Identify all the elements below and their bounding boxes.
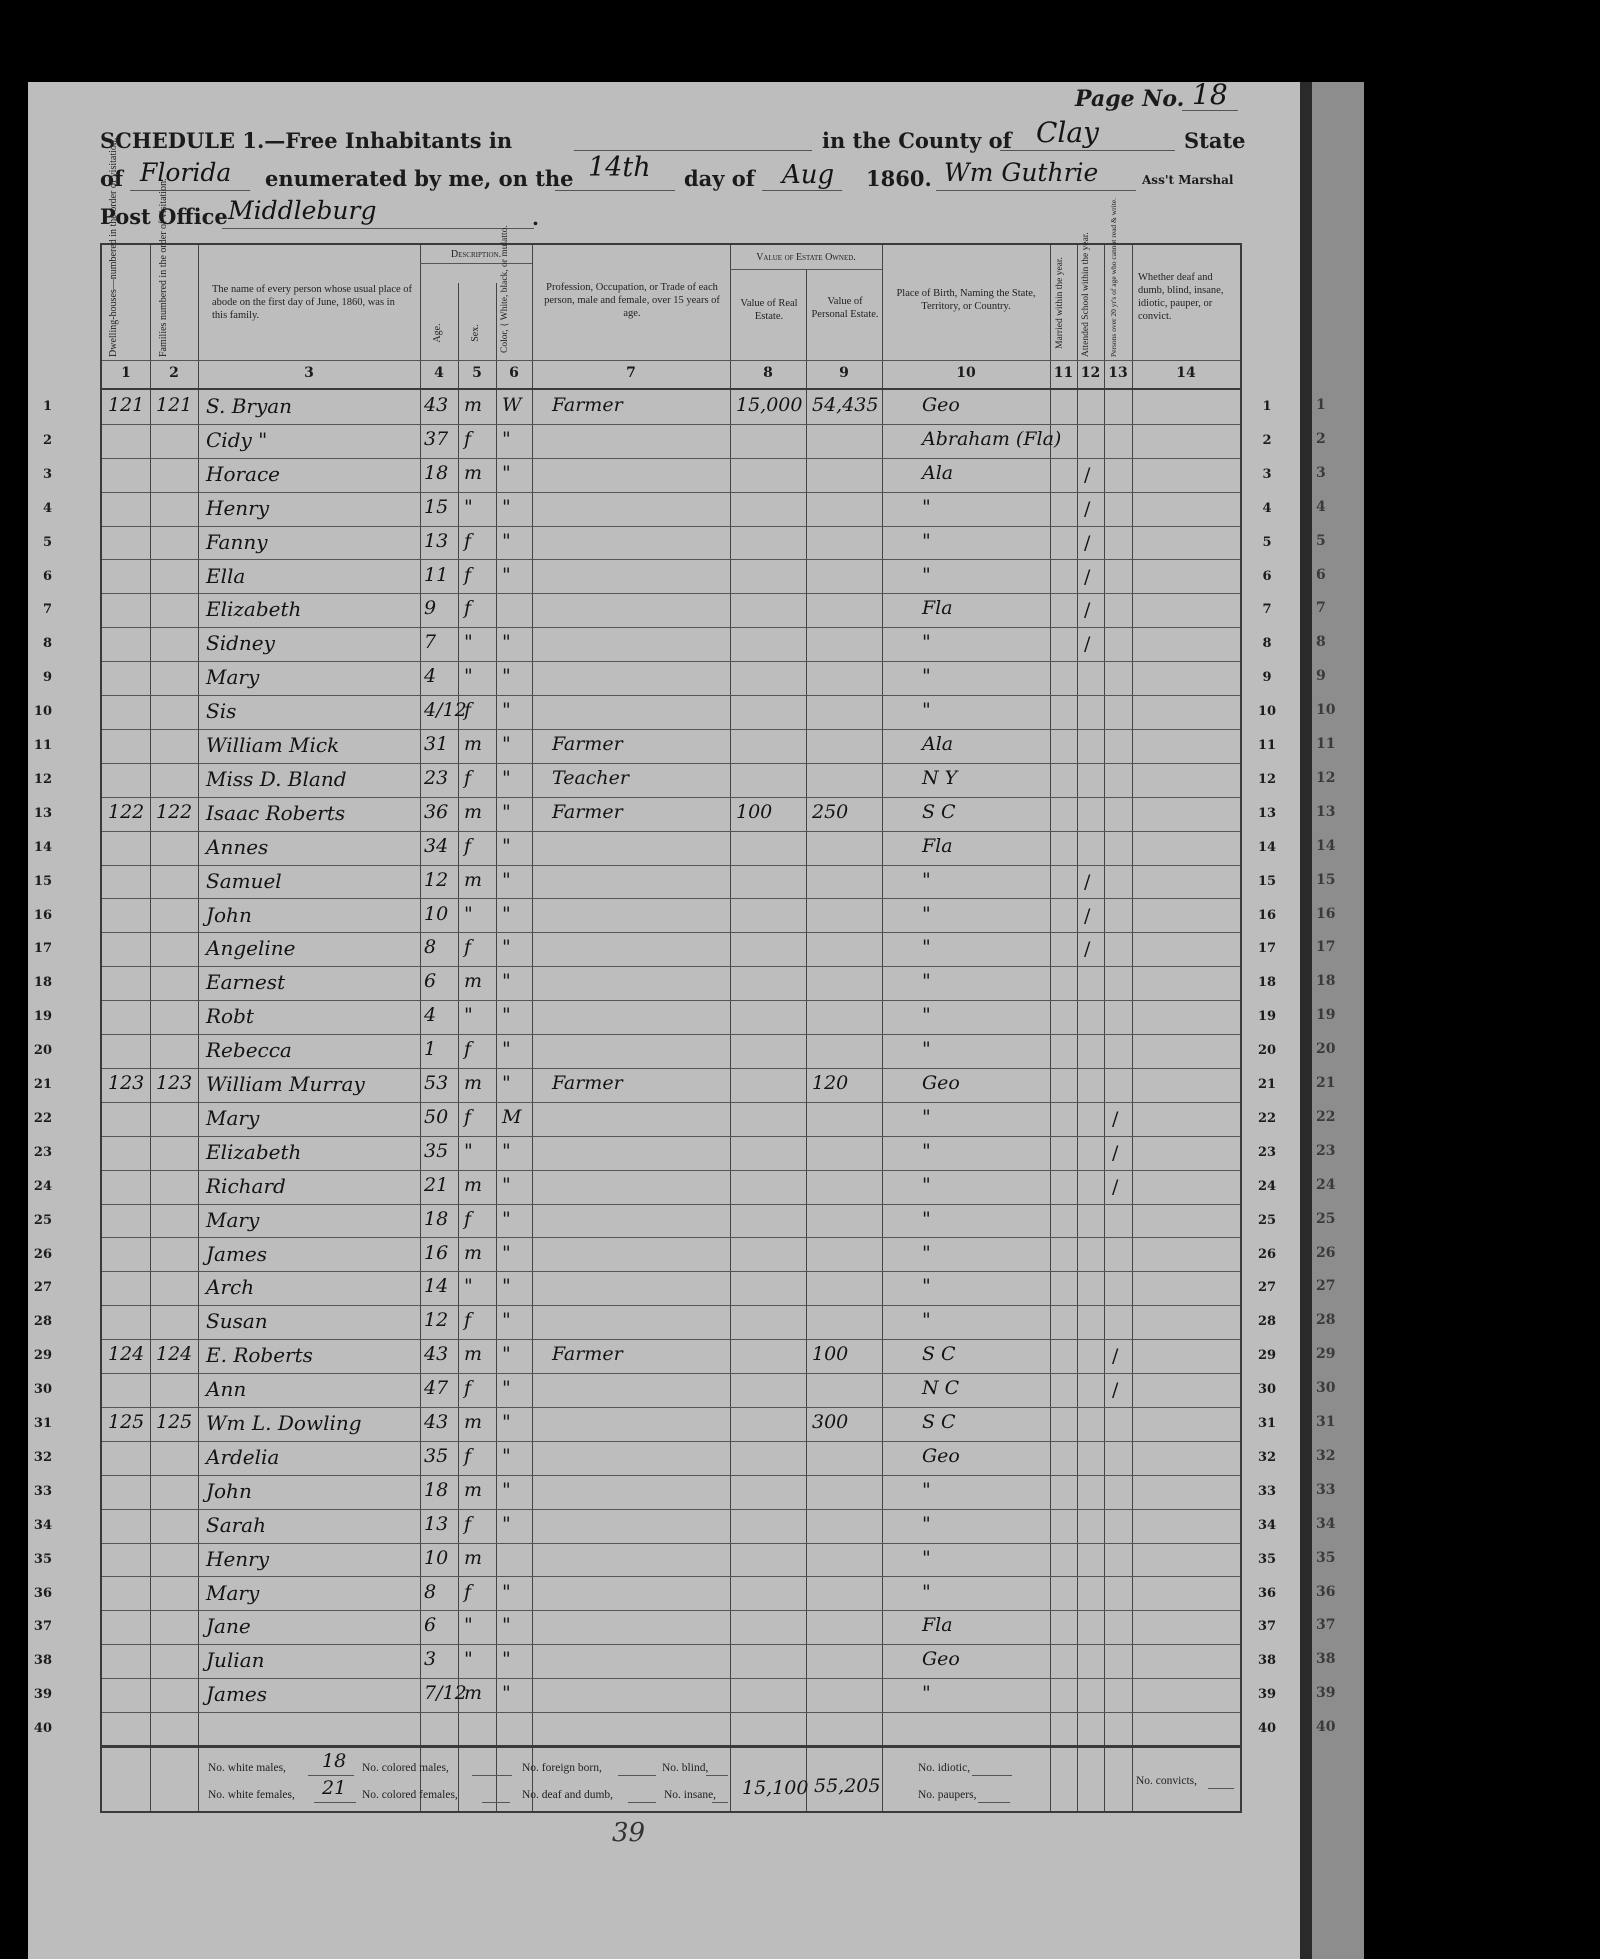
col-number: 7 [532, 365, 730, 381]
paupers-label: No. paupers, [918, 1789, 976, 1801]
age: 8 [424, 936, 436, 958]
line-number: 22 [12, 1111, 52, 1126]
color: " [502, 1411, 511, 1433]
adjacent-line-number: 7 [1316, 600, 1326, 616]
occupation: Farmer [552, 1343, 623, 1365]
age: 37 [424, 428, 448, 450]
color: " [502, 428, 511, 450]
sex: f [464, 1513, 471, 1535]
age: 4/12 [424, 699, 467, 721]
white-females-value: 21 [322, 1777, 346, 1799]
sex: " [464, 496, 473, 518]
line-number: 5 [12, 535, 52, 550]
attended-school: / [1084, 498, 1090, 520]
sex: f [464, 936, 471, 958]
person-name: Angeline [206, 936, 295, 960]
adjacent-line-number: 28 [1316, 1312, 1335, 1328]
color: " [502, 733, 511, 755]
birthplace: Geo [922, 1072, 960, 1094]
person-name: Arch [206, 1275, 254, 1299]
line-number: 16 [12, 908, 52, 923]
line-number: 26 [12, 1247, 52, 1262]
line-number: 33 [12, 1484, 52, 1499]
sex: " [464, 1140, 473, 1162]
header-divider [102, 360, 1240, 361]
col-2-header: Families numbered in the order of visita… [158, 247, 169, 357]
birthplace: " [922, 665, 931, 687]
table-row: 77Elizabeth9fFla/ [102, 593, 1240, 627]
sex: " [464, 1275, 473, 1297]
sex: f [464, 1377, 471, 1399]
line-number-right: 4 [1247, 501, 1287, 516]
color: " [502, 665, 511, 687]
col-10-header: Place of Birth, Naming the State, Territ… [890, 287, 1042, 313]
sex: m [464, 869, 482, 891]
sex: m [464, 1411, 482, 1433]
line-number-right: 11 [1247, 738, 1287, 753]
person-name: Annes [206, 835, 268, 859]
birthplace: " [922, 699, 931, 721]
table-row: 1616John10"""/ [102, 899, 1240, 933]
birthplace: " [922, 1140, 931, 1162]
sex: " [464, 631, 473, 653]
attended-school: / [1084, 532, 1090, 554]
adjacent-line-number: 11 [1316, 736, 1335, 752]
col-number: 9 [806, 365, 882, 381]
color: " [502, 699, 511, 721]
dwelling-number: 124 [108, 1343, 144, 1365]
color: " [502, 869, 511, 891]
line-number: 3 [12, 467, 52, 482]
person-name: Mary [206, 665, 259, 689]
state-label: State [1184, 128, 1246, 153]
col-4-header: Age. [432, 313, 443, 353]
table-row: 55Fanny13f""/ [102, 526, 1240, 560]
line-number-right: 37 [1247, 1619, 1287, 1634]
sex: " [464, 1004, 473, 1026]
table-row: 3737Jane6""Fla [102, 1610, 1240, 1644]
dwelling-number: 123 [108, 1072, 144, 1094]
age: 12 [424, 1309, 448, 1331]
line-number: 35 [12, 1552, 52, 1567]
line-number: 28 [12, 1314, 52, 1329]
line-number: 2 [12, 433, 52, 448]
age: 35 [424, 1140, 448, 1162]
adjacent-line-number: 35 [1316, 1550, 1335, 1566]
estate-divider [730, 269, 882, 270]
age: 53 [424, 1072, 448, 1094]
color: " [502, 1513, 511, 1535]
line-number-right: 16 [1247, 908, 1287, 923]
birthplace: Abraham (Fla) [922, 428, 1061, 450]
age: 9 [424, 597, 436, 619]
birthplace: " [922, 1242, 931, 1264]
sex: m [464, 1343, 482, 1365]
table-row: 4040 [102, 1712, 1240, 1746]
age: 35 [424, 1445, 448, 1467]
convicts-line [1208, 1788, 1234, 1789]
colored-females-label: No. colored females, [362, 1789, 458, 1801]
table-row: 2222Mary50fM"/ [102, 1102, 1240, 1136]
table-row: 2020Rebecca1f"" [102, 1034, 1240, 1068]
person-name: Samuel [206, 869, 282, 893]
birthplace: Geo [922, 394, 960, 416]
person-name: Robt [206, 1004, 254, 1028]
sex: f [464, 835, 471, 857]
attended-school: / [1084, 633, 1090, 655]
col-1-header: Dwelling-houses—numbered in the order of… [108, 247, 119, 357]
color: " [502, 1445, 511, 1467]
age: 8 [424, 1581, 436, 1603]
person-name: Ann [206, 1377, 246, 1401]
age: 18 [424, 1479, 448, 1501]
person-name: Mary [206, 1106, 259, 1130]
adjacent-line-number: 33 [1316, 1482, 1335, 1498]
adjacent-line-number: 17 [1316, 939, 1335, 955]
col-12-header: Attended School within the year. [1081, 249, 1092, 357]
line-number: 6 [12, 569, 52, 584]
table-row: 3838Julian3""Geo [102, 1644, 1240, 1678]
line-number-right: 10 [1247, 704, 1287, 719]
color: " [502, 1614, 511, 1636]
line-number: 20 [12, 1043, 52, 1058]
sex: f [464, 530, 471, 552]
line-number: 1 [12, 399, 52, 414]
line-number-right: 3 [1247, 467, 1287, 482]
family-number: 124 [156, 1343, 192, 1365]
line-number: 30 [12, 1382, 52, 1397]
line-number-right: 24 [1247, 1179, 1287, 1194]
col-number: 6 [496, 365, 532, 381]
line-number: 21 [12, 1077, 52, 1092]
color: " [502, 1004, 511, 1026]
table-row: 88Sidney7"""/ [102, 627, 1240, 661]
line-number: 11 [12, 738, 52, 753]
birthplace: " [922, 869, 931, 891]
age: 47 [424, 1377, 448, 1399]
col-3-header: The name of every person whose usual pla… [212, 283, 412, 322]
person-name: Henry [206, 496, 269, 520]
col-number: 3 [198, 365, 420, 381]
col-8-header: Value of Real Estate. [734, 297, 804, 323]
person-name: Mary [206, 1581, 259, 1605]
page-number: 18 [1192, 78, 1228, 111]
person-name: Sidney [206, 631, 275, 655]
line-number-right: 20 [1247, 1043, 1287, 1058]
color: " [502, 530, 511, 552]
person-name: John [206, 903, 252, 927]
line-number-right: 32 [1247, 1450, 1287, 1465]
sex: m [464, 1242, 482, 1264]
table-row: 2929124124E. Roberts43m"Farmer100S C/ [102, 1339, 1240, 1373]
person-name: Fanny [206, 530, 268, 554]
table-row: 2727Arch14""" [102, 1271, 1240, 1305]
line-number-right: 25 [1247, 1213, 1287, 1228]
adjacent-line-number: 5 [1316, 533, 1326, 549]
cannot-read-write: / [1112, 1176, 1118, 1198]
sex: m [464, 970, 482, 992]
age: 16 [424, 1242, 448, 1264]
attended-school: / [1084, 566, 1090, 588]
age: 12 [424, 869, 448, 891]
adjacent-line-number: 37 [1316, 1617, 1335, 1633]
age: 43 [424, 1411, 448, 1433]
blind-label: No. blind, [662, 1762, 708, 1774]
dwelling-number: 125 [108, 1411, 144, 1433]
page-edge [1300, 82, 1312, 1959]
attended-school: / [1084, 938, 1090, 960]
age: 4 [424, 665, 436, 687]
age: 43 [424, 1343, 448, 1365]
col-number: 13 [1104, 365, 1132, 381]
adjacent-line-number: 38 [1316, 1651, 1335, 1667]
real-estate-value: 15,000 [736, 394, 802, 416]
col-number: 5 [458, 365, 496, 381]
attended-school: / [1084, 464, 1090, 486]
sex: " [464, 903, 473, 925]
adjacent-line-number: 10 [1316, 702, 1335, 718]
line-number-right: 35 [1247, 1552, 1287, 1567]
line-number-right: 40 [1247, 1721, 1287, 1736]
birthplace: " [922, 1547, 931, 1569]
color: " [502, 496, 511, 518]
line-number: 39 [12, 1687, 52, 1702]
age: 43 [424, 394, 448, 416]
table-row: 2121123123William Murray53m"Farmer120Geo [102, 1068, 1240, 1102]
table-row: 3939James7/12m"" [102, 1678, 1240, 1712]
table-row: 3535Henry10m" [102, 1543, 1240, 1577]
adjacent-line-number: 4 [1316, 499, 1326, 515]
marshal-name: Wm Guthrie [944, 158, 1098, 187]
line-number-right: 18 [1247, 975, 1287, 990]
month-line [762, 190, 842, 191]
line-number-right: 14 [1247, 840, 1287, 855]
table-row: 1414Annes34f"Fla [102, 831, 1240, 865]
real-estate-value: 100 [736, 801, 772, 823]
adjacent-line-number: 19 [1316, 1007, 1335, 1023]
line-number: 29 [12, 1348, 52, 1363]
color: " [502, 903, 511, 925]
sex: m [464, 1479, 482, 1501]
birthplace: Ala [922, 733, 953, 755]
adjacent-line-number: 20 [1316, 1041, 1335, 1057]
adjacent-line-number: 1 [1316, 397, 1326, 413]
color: " [502, 1208, 511, 1230]
birthplace: " [922, 970, 931, 992]
day-value: 14th [588, 152, 651, 183]
age: 7 [424, 631, 436, 653]
table-row: 3232Ardelia35f"Geo [102, 1441, 1240, 1475]
footer-divider [102, 1745, 1240, 1748]
line-number-right: 21 [1247, 1077, 1287, 1092]
dwelling-number: 122 [108, 801, 144, 823]
birthplace: Geo [922, 1445, 960, 1467]
person-name: Julian [206, 1648, 265, 1672]
table-row: 99Mary4""" [102, 661, 1240, 695]
adjacent-line-number: 39 [1316, 1685, 1335, 1701]
line-number-right: 23 [1247, 1145, 1287, 1160]
adjacent-line-number: 8 [1316, 634, 1326, 650]
color: " [502, 767, 511, 789]
adjacent-line-number: 18 [1316, 973, 1335, 989]
table-row: 1717Angeline8f""/ [102, 932, 1240, 966]
line-number-right: 30 [1247, 1382, 1287, 1397]
color: " [502, 1242, 511, 1264]
line-number: 14 [12, 840, 52, 855]
col-number: 8 [730, 365, 806, 381]
birthplace: S C [922, 1343, 956, 1365]
description-divider [420, 263, 532, 264]
age: 13 [424, 1513, 448, 1535]
adjacent-line-number: 23 [1316, 1143, 1335, 1159]
personal-estate-value: 54,435 [812, 394, 878, 416]
color: " [502, 970, 511, 992]
table-row: 66Ella11f""/ [102, 560, 1240, 594]
sex: m [464, 801, 482, 823]
line-number-right: 1 [1247, 399, 1287, 414]
sex: m [464, 394, 482, 416]
age: 4 [424, 1004, 436, 1026]
birthplace: Geo [922, 1648, 960, 1670]
personal-estate-value: 300 [812, 1411, 848, 1433]
line-number: 24 [12, 1179, 52, 1194]
age: 36 [424, 801, 448, 823]
adjacent-line-number: 9 [1316, 668, 1326, 684]
birthplace: " [922, 1513, 931, 1535]
adjacent-line-number: 6 [1316, 567, 1326, 583]
family-number: 125 [156, 1411, 192, 1433]
family-number: 122 [156, 801, 192, 823]
person-name: William Mick [206, 733, 339, 757]
stamp-number: 39 [612, 1818, 645, 1848]
white-males-label: No. white males, [208, 1762, 286, 1774]
person-name: S. Bryan [206, 394, 292, 418]
idiotic-label: No. idiotic, [918, 1762, 970, 1774]
col-5-header: Sex. [470, 313, 481, 353]
sex: m [464, 733, 482, 755]
adjacent-line-number: 36 [1316, 1584, 1335, 1600]
occupation: Teacher [552, 767, 629, 789]
sex: m [464, 1072, 482, 1094]
blind-line [706, 1775, 728, 1776]
idiotic-line [972, 1775, 1012, 1776]
cannot-read-write: / [1112, 1345, 1118, 1367]
birthplace: " [922, 1309, 931, 1331]
age: 34 [424, 835, 448, 857]
age: 31 [424, 733, 448, 755]
line-number-right: 29 [1247, 1348, 1287, 1363]
table-row: 2525Mary18f"" [102, 1204, 1240, 1238]
sex: f [464, 597, 471, 619]
age: 6 [424, 970, 436, 992]
colored-males-line [472, 1775, 512, 1776]
table-row: 1212Miss D. Bland23f"TeacherN Y [102, 763, 1240, 797]
line-number-right: 33 [1247, 1484, 1287, 1499]
line-number-right: 36 [1247, 1586, 1287, 1601]
adjacent-line-number: 34 [1316, 1516, 1335, 1532]
line-number-right: 17 [1247, 941, 1287, 956]
table-row: 1919Robt4""" [102, 1000, 1240, 1034]
color: " [502, 564, 511, 586]
person-name: Wm L. Dowling [206, 1411, 362, 1435]
color: " [502, 1682, 511, 1704]
adjacent-line-number: 12 [1316, 770, 1335, 786]
age: 7/12 [424, 1682, 467, 1704]
enumerated-label: enumerated by me, on the [265, 166, 574, 191]
adjacent-line-number: 25 [1316, 1211, 1335, 1227]
county-line [1000, 150, 1175, 151]
sex: f [464, 1208, 471, 1230]
age: 10 [424, 903, 448, 925]
table-row: 3333John18m"" [102, 1475, 1240, 1509]
insane-line [712, 1802, 728, 1803]
table-row: 3434Sarah13f"" [102, 1509, 1240, 1543]
person-name: Jane [206, 1614, 251, 1638]
person-name: Mary [206, 1208, 259, 1232]
line-number-right: 7 [1247, 602, 1287, 617]
line-number: 18 [12, 975, 52, 990]
line-number: 4 [12, 501, 52, 516]
col-number: 2 [150, 365, 198, 381]
color: " [502, 1309, 511, 1331]
marshal-line [936, 190, 1136, 191]
person-name: James [206, 1682, 267, 1706]
person-name: Henry [206, 1547, 269, 1571]
line-number-right: 31 [1247, 1416, 1287, 1431]
line-number: 34 [12, 1518, 52, 1533]
adjacent-line-number: 14 [1316, 838, 1335, 854]
col-11-header: Married within the year. [1055, 249, 1066, 357]
description-group-header: Description. [420, 248, 532, 261]
total-personal-estate: 55,205 [814, 1775, 880, 1797]
table-row: 3030Ann47f"N C/ [102, 1373, 1240, 1407]
sex: m [464, 1547, 482, 1569]
line-number-right: 38 [1247, 1653, 1287, 1668]
convicts-label: No. convicts, [1136, 1775, 1197, 1787]
occupation: Farmer [552, 733, 623, 755]
birthplace: " [922, 903, 931, 925]
white-males-line [308, 1775, 354, 1776]
sex: m [464, 462, 482, 484]
occupation: Farmer [552, 1072, 623, 1094]
line-number-right: 22 [1247, 1111, 1287, 1126]
table-row: 2424Richard21m""/ [102, 1170, 1240, 1204]
state-line [130, 190, 250, 191]
adjacent-line-number: 3 [1316, 465, 1326, 481]
line-number: 7 [12, 602, 52, 617]
line-number-right: 8 [1247, 636, 1287, 651]
table-row: 1313122122Isaac Roberts36m"Farmer100250S… [102, 797, 1240, 831]
line-number-right: 34 [1247, 1518, 1287, 1533]
sex: f [464, 699, 471, 721]
sex: f [464, 1445, 471, 1467]
colored-females-line [482, 1802, 510, 1803]
color: " [502, 1377, 511, 1399]
adjacent-line-number: 24 [1316, 1177, 1335, 1193]
sex: " [464, 1614, 473, 1636]
township-blank [574, 150, 812, 151]
adjacent-line-number: 22 [1316, 1109, 1335, 1125]
table-row: 2323Elizabeth35"""/ [102, 1136, 1240, 1170]
line-number-right: 19 [1247, 1009, 1287, 1024]
birthplace: " [922, 1682, 931, 1704]
attended-school: / [1084, 905, 1090, 927]
birthplace: " [922, 631, 931, 653]
adjacent-line-number: 40 [1316, 1719, 1335, 1735]
age: 6 [424, 1614, 436, 1636]
insane-label: No. insane, [664, 1789, 716, 1801]
person-name: Sarah [206, 1513, 266, 1537]
